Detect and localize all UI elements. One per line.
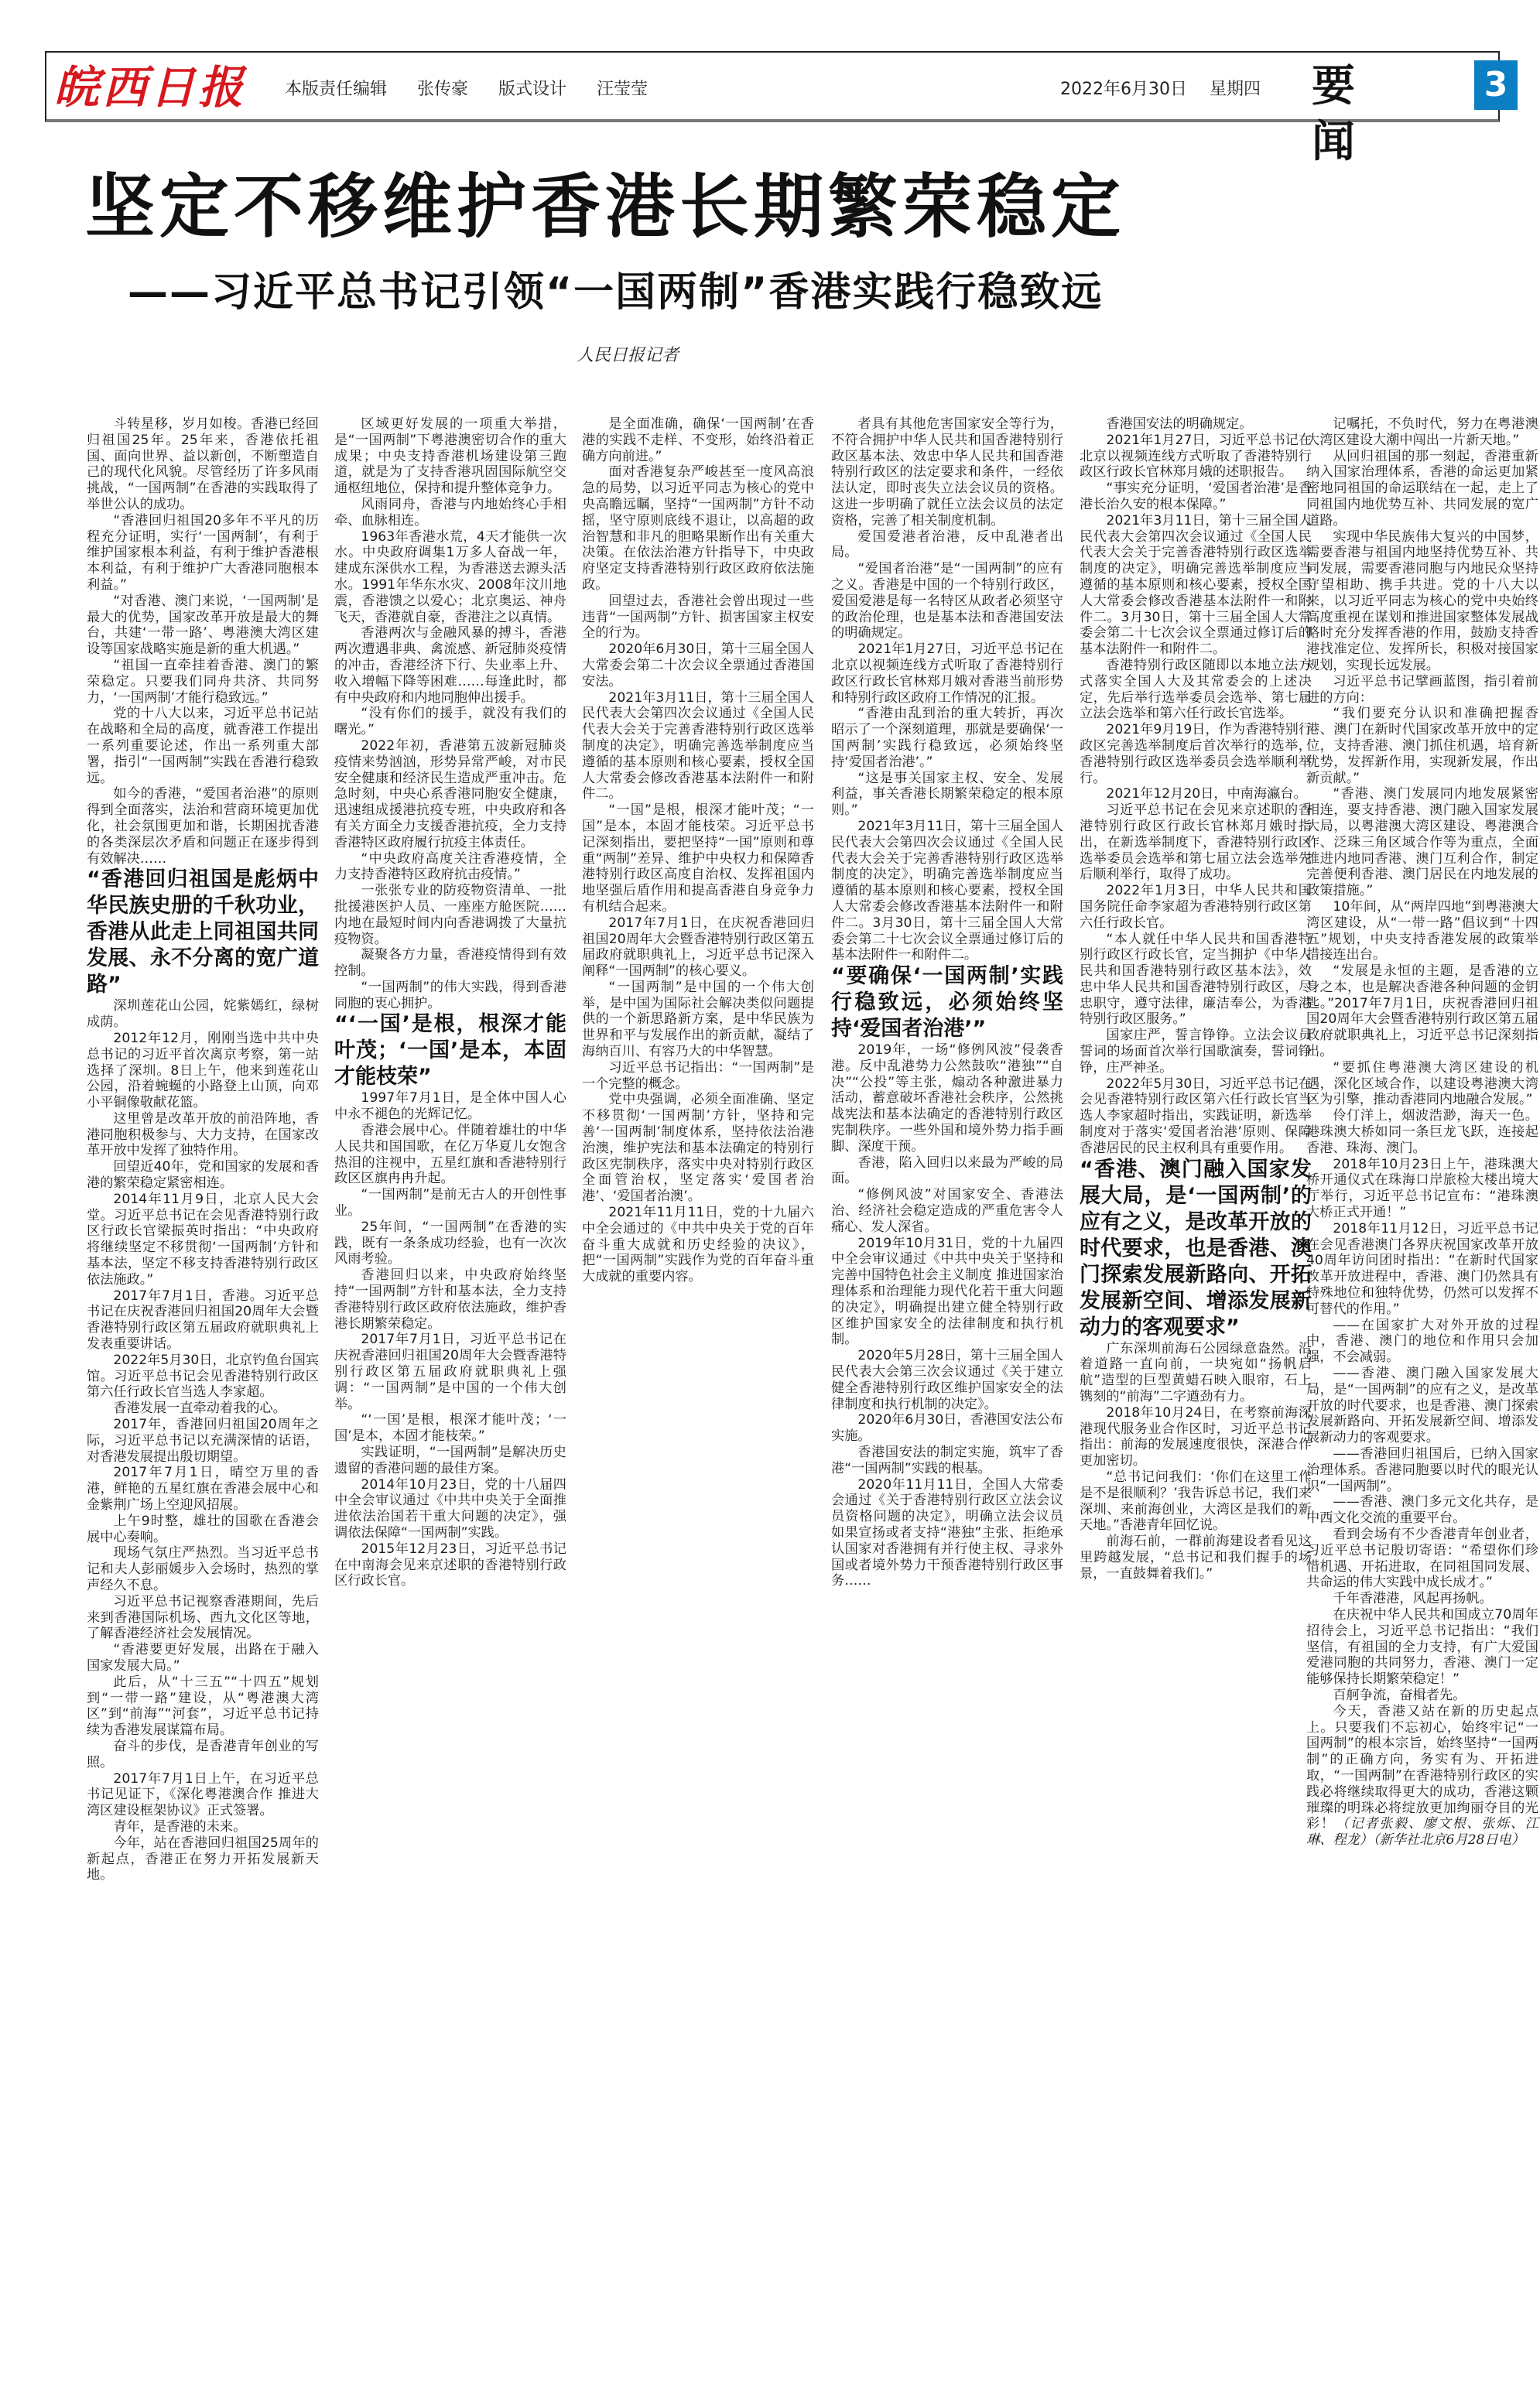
paragraph: 香港回归以来，中央政府始终坚持“一国两制”方针和基本法，全力支持香港特别行政区政… (334, 1267, 566, 1332)
paragraph: “总书记问我们：‘你们在这里工作是不是很顺利？’我告诉总书记，我们来深圳、来前海… (1080, 1469, 1312, 1534)
paragraph: 2020年5月28日，第十三届全国人民代表大会第三次会议通过《关于建立健全香港特… (831, 1348, 1063, 1412)
paragraph: 2022年5月30日，北京钓鱼台国宾馆。习近平总书记会见香港特别行政区第六任行政… (87, 1353, 319, 1401)
paragraph: 深圳莲花山公园，姹紫嫣红，绿树成荫。 (87, 998, 319, 1031)
article-column-1: 斗转星移，岁月如梭。香港已经回归祖国25年。25年来，香港依托祖国、面向世界、益… (87, 416, 319, 1883)
paragraph: 斗转星移，岁月如梭。香港已经回归祖国25年。25年来，香港依托祖国、面向世界、益… (87, 416, 319, 513)
paragraph: 国家庄严，誓言铮铮。立法会议员誓词的场面首次举行国歌演奏，誓词铮铮，庄严神圣。 (1080, 1028, 1312, 1076)
pull-quote: “香港、澳门融入国家发展大局，是‘一国两制’的应有之义，是改革开放的时代要求，也… (1080, 1157, 1312, 1341)
paragraph: 此后，从“十三五”“十四五”规划到“一带一路”建设，从“粤港澳大湾区”到“前海”… (87, 1674, 319, 1739)
paragraph: 回望过去，香港社会曾出现过一些违背“一国两制”方针、损害国家主权安全的行为。 (582, 593, 814, 641)
paragraph: 从回归祖国的那一刻起，香港重新纳入国家治理体系，香港的命运更加紧密地同祖国的命运… (1306, 449, 1538, 529)
paragraph: 习近平总书记擘画蓝图，指引着前进的方向： (1306, 674, 1538, 706)
paragraph: 2018年10月23日上午，港珠澳大桥开通仪式在珠海口岸旅检大楼出境大厅举行，习… (1306, 1157, 1538, 1221)
paragraph: 是全面准确，确保‘一国两制’在香港的实践不走样、不变形，始终沿着正确方向前进。” (582, 416, 814, 464)
paragraph: ——在国家扩大对外开放的过程中，香港、澳门的地位和作用只会加强，不会减弱。 (1306, 1318, 1538, 1366)
paragraph: 2018年11月12日，习近平总书记在会见香港澳门各界庆祝国家改革开放40周年访… (1306, 1221, 1538, 1318)
paragraph: “一国”是根，根深才能叶茂；“一国”是本，本固才能枝荣。习近平总书记深刻指出，要… (582, 802, 814, 915)
paragraph: “祖国一直牵挂着香港、澳门的繁荣稳定。只要我们同舟共济、共同努力，‘一国两制’才… (87, 658, 319, 706)
paragraph: 2020年11月11日，全国人大常委会通过《关于香港特别行政区立法会议员资格问题… (831, 1477, 1063, 1590)
paragraph: 习近平总书记指出：“一国两制”是一个完整的概念。 (582, 1060, 814, 1093)
paragraph: 习近平总书记视察香港期间，先后来到香港国际机场、西九文化区等地，了解香港经济社会… (87, 1594, 319, 1642)
paragraph: “香港回归祖国20多年不平凡的历程充分证明，实行‘一国两制’，有利于维护国家根本… (87, 513, 319, 593)
paragraph: 一张张专业的防疫物资清单、一批批援港医护人员、一座座方舱医院……内地在最短时间内… (334, 883, 566, 947)
paragraph: 如今的香港，“爱国者治港”的原则得到全面落实，法治和营商环境更加优化，社会氛围更… (87, 786, 319, 867)
paragraph: 2017年7月1日上午，在习近平总书记见证下，《深化粤港澳合作 推进大湾区建设框… (87, 1771, 319, 1819)
paragraph: 香港，陷入回归以来最为严峻的局面。 (831, 1155, 1063, 1188)
paragraph: 香港会展中心。伴随着雄壮的中华人民共和国国歌，在亿万华夏儿女饱含热泪的注视中，五… (334, 1123, 566, 1187)
subheadline: ——习近平总书记引领“一国两制”香港实践行稳致远 (128, 259, 1103, 317)
article-column-2: 区域更好发展的一项重大举措，是“一国两制”下粤港澳密切合作的重大成果；中央支持香… (334, 416, 566, 1589)
paragraph: “中央政府高度关注香港疫情，全力支持香港特区政府抗击疫情。” (334, 851, 566, 884)
paragraph: 爱国爱港者治港，反中乱港者出局。 (831, 529, 1063, 562)
paragraph: 2021年11月11日，党的十九届六中全会通过的《中共中央关于党的百年奋斗重大成… (582, 1205, 814, 1285)
paragraph: 2021年9月19日，作为香港特别行政区完善选举制度后首次举行的选举，香港特别行… (1080, 722, 1312, 786)
paragraph: 2022年5月30日，习近平总书记在会见香港特别行政区第六任行政长官当选人李家超… (1080, 1076, 1312, 1157)
paragraph: 回望近40年，党和国家的发展和香港的繁荣稳定紧密相连。 (87, 1159, 319, 1192)
headline: 坚定不移维护香港长期繁荣稳定 (85, 164, 1169, 249)
paragraph: 2017年，香港回归祖国20周年之际，习近平总书记以充满深情的话语，对香港发展提… (87, 1417, 319, 1465)
paragraph: “爱国者治港”是“一国两制”的应有之义。香港是中国的一个特别行政区，爱国爱港是每… (831, 561, 1063, 641)
paragraph: 2021年3月11日，第十三届全国人民代表大会第四次会议通过《全国人民代表大会关… (1080, 513, 1312, 658)
page-number-badge: 3 (1474, 60, 1518, 110)
paragraph: “香港由乱到治的重大转折，再次昭示了一个深刻道理，那就是要确保‘一国两制’实践行… (831, 706, 1063, 770)
paragraph: 看到会场有不少香港青年创业者，习近平总书记殷切寄语：“希望你们珍惜机遇、开拓进取… (1306, 1527, 1538, 1591)
paragraph: 25年间，“一国两制”在香港的实践，既有一条条成功经验，也有一次次风雨考验。 (334, 1219, 566, 1267)
editor-label: 本版责任编辑 (285, 80, 387, 99)
paragraph: 2021年12月20日，中南海瀛台。 (1080, 786, 1312, 802)
newspaper-logo: 皖西日报 (54, 60, 246, 115)
paragraph: “这是事关国家主权、安全、发展利益，事关香港长期繁荣稳定的根本原则。” (831, 771, 1063, 819)
paragraph: 2017年7月1日，习近平总书记在庆祝香港回归祖国20周年大会暨香港特别行政区第… (334, 1332, 566, 1412)
paragraph: 2017年7月1日，晴空万里的香港，鲜艳的五星红旗在香港会展中心和金紫荆广场上空… (87, 1465, 319, 1513)
paragraph: 2021年3月11日，第十三届全国人民代表大会第四次会议通过《全国人民代表大会关… (831, 819, 1063, 963)
paragraph: 2017年7月1日，香港。习近平总书记在庆祝香港回归祖国20周年大会暨香港特别行… (87, 1288, 319, 1353)
paragraph: 2019年10月31日，党的十九届四中全会审议通过《中共中央关于坚持和完善中国特… (831, 1236, 1063, 1349)
paragraph: 实践证明，“一国两制”是解决历史遗留的香港问题的最佳方案。 (334, 1445, 566, 1477)
paragraph: 习近平总书记在会见来京述职的香港特别行政区行政长官林郑月娥时指出，在新选举制度下… (1080, 802, 1312, 883)
paragraph: 2012年12月，刚刚当选中共中央总书记的习近平首次离京考察，第一站选择了深圳。… (87, 1031, 319, 1111)
weekday-text: 星期四 (1210, 80, 1261, 99)
section-title: 要闻 (1312, 59, 1498, 170)
paragraph: 上午9时整，雄壮的国歌在香港会展中心奏响。 (87, 1514, 319, 1546)
paragraph: “香港、澳门发展同内地发展紧密相连，要支持香港、澳门融入国家发展大局，以粤港澳大… (1306, 786, 1538, 899)
editor-name: 张传豪 (417, 80, 468, 99)
designer-name: 汪莹莹 (597, 80, 648, 99)
paragraph: 在庆祝中华人民共和国成立70周年招待会上，习近平总书记指出：“我们坚信，有祖国的… (1306, 1607, 1538, 1688)
paragraph: 伶仃洋上，烟波浩渺，海天一色。港珠澳大桥如同一条巨龙飞跃，连接起香港、珠海、澳门… (1306, 1108, 1538, 1156)
paragraph: “‘一国’是根，根深才能叶茂；‘一国’是本，本固才能枝荣。” (334, 1412, 566, 1445)
paragraph: 2021年1月27日，习近平总书记在北京以视频连线方式听取了香港特别行政区行政长… (1080, 433, 1312, 481)
paragraph: “发展是永恒的主题，是香港的立身之本，也是解决香港各种问题的金钥匙。”2017年… (1306, 963, 1538, 1060)
article-signoff: （记者张毅、廖文根、张烁、江琳、程龙）（新华社北京6月28日电） (1306, 1816, 1538, 1848)
paragraph: 今天，香港又站在新的历史起点上。只要我们不忘初心，始终牢记“一国两制”的根本宗旨… (1306, 1704, 1538, 1849)
article-column-6: 记嘱托，不负时代，努力在粤港澳大湾区建设大潮中闯出一片新天地。”从回归祖国的那一… (1306, 416, 1538, 1849)
paragraph: “要抓住粤港澳大湾区建设的机遇，深化区域合作，以建设粤港澳大湾区为引擎，推动香港… (1306, 1060, 1538, 1108)
paragraph: 者具有其他危害国家安全等行为，不符合拥护中华人民共和国香港特别行政区基本法、效忠… (831, 416, 1063, 529)
paragraph: “没有你们的援手，就没有我们的曙光。” (334, 706, 566, 738)
paragraph: 2015年12月23日，习近平总书记在中南海会见来京述职的香港特别行政区行政长官… (334, 1541, 566, 1589)
paragraph: 实现中华民族伟大复兴的中国梦，需要香港与祖国内地坚持优势互补、共同发展，需要香港… (1306, 529, 1538, 674)
date-text: 2022年6月30日 (1060, 80, 1187, 99)
paragraph: 凝聚各方力量，香港疫情得到有效控制。 (334, 947, 566, 980)
paragraph: 党的十八大以来，习近平总书记站在战略和全局的高度，就香港工作提出一系列重要论述，… (87, 706, 319, 786)
paragraph: “一国两制”是前无古人的开创性事业。 (334, 1187, 566, 1219)
paragraph: “对香港、澳门来说，‘一国两制’是最大的优势，国家改革开放是最大的舞台，共建‘一… (87, 593, 319, 658)
article-column-3: 是全面准确，确保‘一国两制’在香港的实践不走样、不变形，始终沿着正确方向前进。”… (582, 416, 814, 1285)
masthead: 皖西日报 本版责任编辑 张传豪 版式设计 汪莹莹 2022年6月30日 星期四 … (45, 51, 1500, 122)
paragraph: “本人就任中华人民共和国香港特别行政区行政长官，定当拥护《中华人民共和国香港特别… (1080, 932, 1312, 1028)
paragraph: 2017年7月1日，在庆祝香港回归祖国20周年大会暨香港特别行政区第五届政府就职… (582, 915, 814, 980)
paragraph: 1997年7月1日，是全体中国人心中永不褪色的光辉记忆。 (334, 1090, 566, 1123)
paragraph: 奋斗的步伐，是香港青年创业的写照。 (87, 1739, 319, 1771)
article-column-5: 香港国安法的明确规定。2021年1月27日，习近平总书记在北京以视频连线方式听取… (1080, 416, 1312, 1582)
paragraph: ——香港、澳门融入国家发展大局，是“一国两制”的应有之义，是改革开放的时代要求，… (1306, 1366, 1538, 1446)
paragraph: “我们要充分认识和准确把握香港、澳门在新时代国家改革开放中的定位，支持香港、澳门… (1306, 706, 1538, 786)
paragraph: 香港两次与金融风暴的搏斗，香港两次遭遇非典、禽流感、新冠肺炎疫情的冲击，香港经济… (334, 625, 566, 706)
paragraph: 香港特别行政区随即以本地立法方式落实全国人大及其常委会的上述决定，先后举行选举委… (1080, 658, 1312, 722)
paragraph: 2022年初，香港第五波新冠肺炎疫情来势汹汹，形势异常严峻，对市民安全健康和经济… (334, 738, 566, 851)
paragraph: 面对香港复杂严峻甚至一度风高浪急的局势，以习近平同志为核心的党中央高瞻远瞩，坚持… (582, 464, 814, 593)
paragraph: 2014年11月9日，北京人民大会堂。习近平总书记在会见香港特别行政区行政长官梁… (87, 1192, 319, 1288)
pull-quote: “‘一国’是根，根深才能叶茂；‘一国’是本，本固才能枝荣” (334, 1011, 566, 1090)
paragraph: 2020年6月30日，香港国安法公布实施。 (831, 1412, 1063, 1445)
paragraph: 2021年3月11日，第十三届全国人民代表大会第四次会议通过《全国人民代表大会关… (582, 690, 814, 803)
paragraph: 区域更好发展的一项重大举措，是“一国两制”下粤港澳密切合作的重大成果；中央支持香… (334, 416, 566, 497)
paragraph: 香港发展一直牵动着我的心。 (87, 1401, 319, 1417)
paragraph: 1963年香港水荒，4天才能供一次水。中央政府调集1万多人奋战一年，建成东深供水… (334, 529, 566, 626)
designer-label: 版式设计 (498, 80, 566, 99)
paragraph: “一国两制”的伟大实践，得到香港同胞的衷心拥护。 (334, 980, 566, 1012)
paragraph: 千年香港港，风起再扬帆。 (1306, 1591, 1538, 1607)
paragraph: 党中央强调，必须全面准确、坚定不移贯彻‘一国两制’方针，坚持和完善‘一国两制’制… (582, 1092, 814, 1205)
paragraph: 广东深圳前海石公园绿意盎然。沿着道路一直向前，一块宛如“扬帆启航”造型的巨型黄蜡… (1080, 1341, 1312, 1405)
paragraph: 现场气氛庄严热烈。当习近平总书记和夫人彭丽媛步入会场时，热烈的掌声经久不息。 (87, 1545, 319, 1593)
paragraph: 这里曾是改革开放的前沿阵地，香港同胞积极参与、大力支持，在国家改革开放中发挥了独… (87, 1111, 319, 1159)
paragraph: “事实充分证明，‘爱国者治港’是香港长治久安的根本保障。” (1080, 481, 1312, 513)
editor-credits: 本版责任编辑 张传豪 版式设计 汪莹莹 (285, 76, 665, 100)
paragraph: 2018年10月24日，在考察前海深港现代服务业合作区时，习近平总书记指出：前海… (1080, 1405, 1312, 1469)
paragraph: “修例风波”对国家安全、香港法治、经济社会稳定造成的严重危害令人痛心、发人深省。 (831, 1187, 1063, 1235)
issue-date: 2022年6月30日 星期四 (1060, 76, 1278, 100)
paragraph: “香港要更好发展，出路在于融入国家发展大局。” (87, 1642, 319, 1674)
paragraph: 青年，是香港的未来。 (87, 1819, 319, 1835)
paragraph: 2020年6月30日，第十三届全国人大常委会第二十次会议全票通过香港国安法。 (582, 641, 814, 689)
pull-quote: “要确保‘一国两制’实践行稳致远，必须始终坚持‘爱国者治港’” (831, 963, 1063, 1042)
paragraph: 香港国安法的明确规定。 (1080, 416, 1312, 433)
paragraph: “一国两制”是中国的一个伟大创举，是中国为国际社会解决类似问题提供的一个新思路新… (582, 980, 814, 1060)
paragraph: 记嘱托，不负时代，努力在粤港澳大湾区建设大潮中闯出一片新天地。” (1306, 416, 1538, 449)
paragraph: 风雨同舟，香港与内地始终心手相牵、血脉相连。 (334, 497, 566, 529)
paragraph: 2021年1月27日，习近平总书记在北京以视频连线方式听取了香港特别行政区行政长… (831, 641, 1063, 706)
paragraph: 今年，站在香港回归祖国25周年的新起点，香港正在努力开拓发展新天地。 (87, 1835, 319, 1883)
paragraph: 10年间，从“两岸四地”到粤港澳大湾区建设，从“一带一路”倡议到“十四五”规划，… (1306, 899, 1538, 963)
paragraph: 香港国安法的制定实施，筑牢了香港“一国两制”实践的根基。 (831, 1445, 1063, 1477)
paragraph: 前海石前，一群前海建设者看见这里跨越发展，“总书记和我们握手的场景，一直鼓舞着我… (1080, 1534, 1312, 1582)
paragraph: 2019年，一场“修例风波”侵袭香港。反中乱港势力公然鼓吹“港独”“自决”“公投… (831, 1042, 1063, 1155)
paragraph: 2014年10月23日，党的十八届四中全会审议通过《中共中央关于全面推进依法治国… (334, 1477, 566, 1541)
pull-quote: “香港回归祖国是彪炳中华民族史册的千秋功业，香港从此走上同祖国共同发展、永不分离… (87, 867, 319, 998)
paragraph: 百舸争流，奋楫者先。 (1306, 1688, 1538, 1704)
byline: 人民日报记者 (577, 342, 679, 366)
article-column-4: 者具有其他危害国家安全等行为，不符合拥护中华人民共和国香港特别行政区基本法、效忠… (831, 416, 1063, 1589)
paragraph: ——香港回归祖国后，已纳入国家治理体系。香港同胞要以时代的眼光认识“一国两制”。 (1306, 1446, 1538, 1494)
paragraph: 2022年1月3日，中华人民共和国国务院任命李家超为香港特别行政区第六任行政长官… (1080, 883, 1312, 931)
paragraph: ——香港、澳门多元文化共存，是中西文化交流的重要平台。 (1306, 1494, 1538, 1527)
